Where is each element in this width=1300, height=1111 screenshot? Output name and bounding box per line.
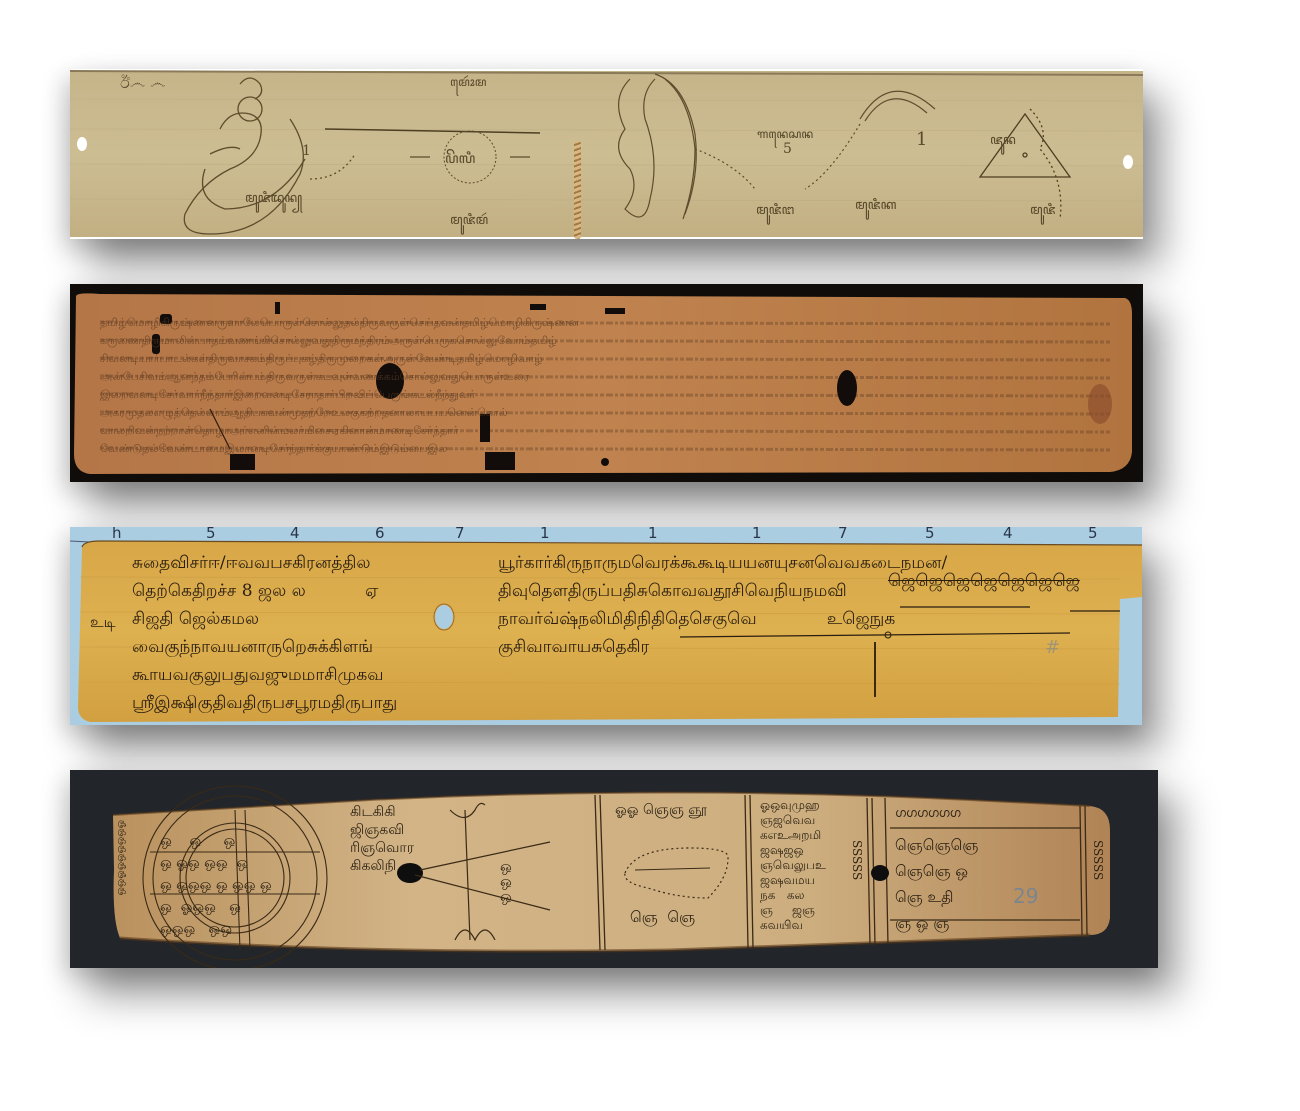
ruler-number: 6: [375, 527, 385, 542]
ruler-number: 4: [1003, 527, 1013, 542]
ruler-number: 5: [206, 527, 216, 542]
ruler-number: 7: [838, 527, 848, 542]
manuscript-leaf-yantra: ஒ ஒ ஒஒ ஓஒ ஒஒ ஒஒ ஒஒஒ ஒ ஒஒ ஒஒ ஓஒஒ ஒஒஒஒ ஒஒ …: [70, 770, 1158, 968]
manuscript-leaf-text-dark: தமிழ்மொழிகிருஷ்ணனருளாலேபொருள்சொல்லுதல்தி…: [70, 284, 1143, 482]
ruler-number: 5: [1088, 527, 1098, 542]
binding-string: [574, 141, 581, 239]
ruler-number: 5: [925, 527, 935, 542]
pencil-mark: #: [1045, 637, 1060, 658]
folio-number: 29: [1013, 884, 1038, 908]
ruler-number: 1: [752, 527, 762, 542]
manuscript-leaf-tamil-ink: h 5 4 6 7 1 1 1 7 5 4 5 உடி சுதைவிசர்ஈ/ஈ…: [70, 527, 1142, 725]
ruler-number: 1: [648, 527, 658, 542]
ruler-number: 4: [290, 527, 300, 542]
leaf-3-artwork: [70, 527, 1142, 725]
ruler-number: 1: [540, 527, 550, 542]
ruler-number: h: [112, 527, 122, 542]
leaf-1-artwork: [70, 69, 1143, 239]
leaf-4-artwork: [70, 770, 1158, 968]
ruler-number: 7: [455, 527, 465, 542]
manuscript-leaf-drawings: ඊ෴ ෴ ꦩꦺꦴꦂꦩ ꦥꦼꦭꦶ ꦩꦸꦗꦶꦢꦸꦤ꧀ ꦩꦸꦗꦶꦩꦂ ꦒꦤꦺꦱꦤ ꦩꦸ…: [70, 69, 1143, 239]
leaf-2-artwork: [70, 284, 1143, 482]
